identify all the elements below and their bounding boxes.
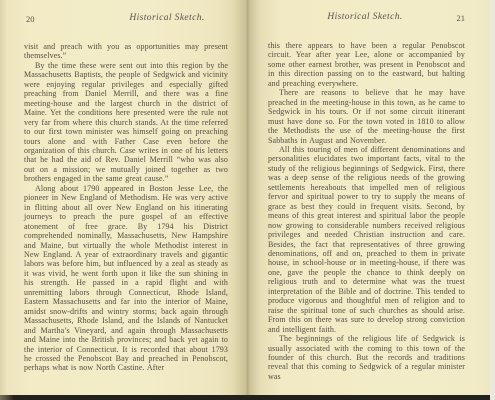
paragraph-continuation: visit and preach with you as opportuniti…: [24, 42, 228, 61]
page-text-left: visit and preach with you as opportuniti…: [24, 42, 228, 373]
paragraph-continuation: this there appears to have been a regula…: [268, 41, 465, 88]
page-number-right: 21: [457, 13, 466, 23]
page-right: Historical Sketch. 21 this there appears…: [247, 0, 495, 400]
running-header-left: Historical Sketch.: [129, 13, 204, 23]
paragraph: There are reasons to believe that he may…: [268, 88, 465, 145]
paragraph: All this touring of men of different den…: [268, 145, 465, 334]
page-header-right: Historical Sketch. 21: [268, 12, 465, 24]
running-header-right: Historical Sketch.: [327, 12, 402, 22]
book-scan: 20 Historical Sketch. visit and preach w…: [0, 0, 495, 400]
page-text-right: this there appears to have been a regula…: [268, 41, 465, 381]
paragraph: Along about 1790 appeared in Boston Jess…: [24, 184, 228, 373]
page-header-left: 20 Historical Sketch.: [24, 13, 228, 25]
page-left: 20 Historical Sketch. visit and preach w…: [0, 0, 247, 400]
page-number-left: 20: [26, 14, 35, 24]
paragraph: By the time these were sent out into thi…: [24, 61, 228, 184]
paragraph: The beginnings of the religious life of …: [268, 334, 465, 381]
scan-bottom-edge: [0, 395, 490, 400]
scan-right-edge: [490, 0, 495, 400]
